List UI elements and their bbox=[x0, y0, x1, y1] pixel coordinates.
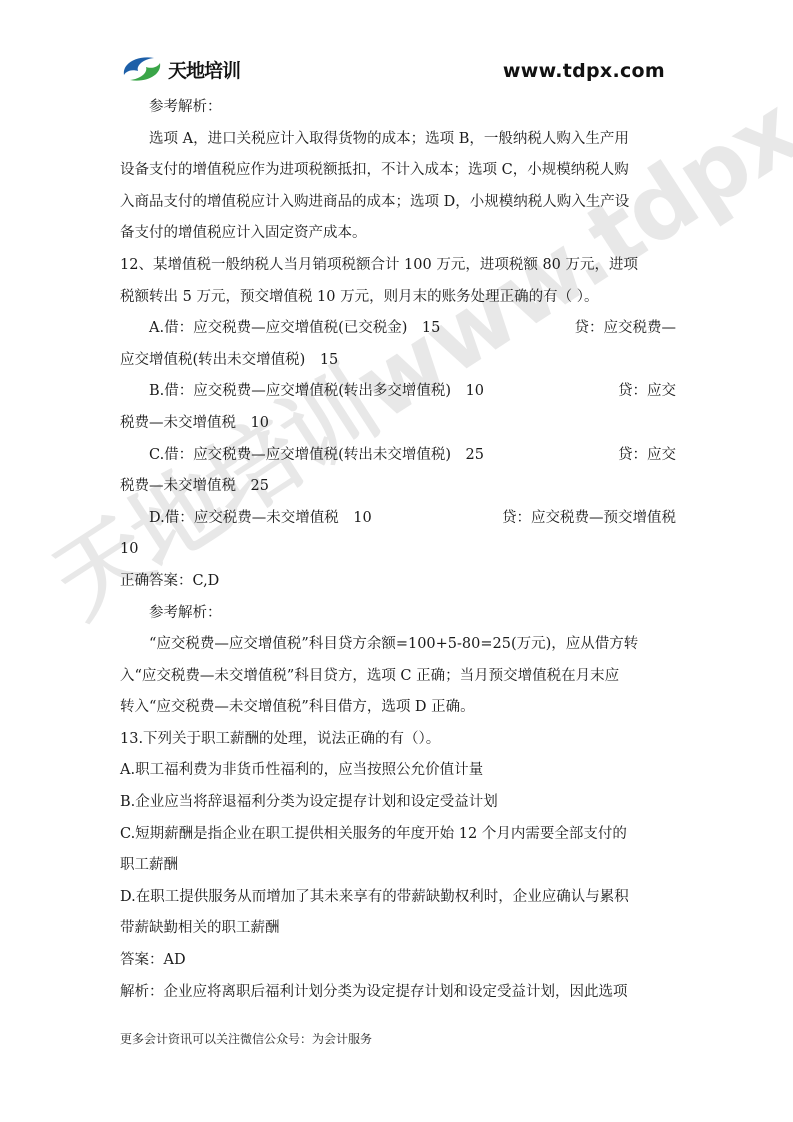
option-credit: 贷：应交税费—预交增值税 bbox=[502, 503, 676, 535]
document-body: 参考解析： 选项 A，进口关税应计入取得货物的成本；选项 B，一般纳税人购入生产… bbox=[120, 92, 676, 1008]
option-credit: 贷：应交 bbox=[618, 440, 676, 472]
site-url: www.tdpx.com bbox=[503, 60, 665, 82]
option-line: B.企业应当将辞退福利分类为设定提存计划和设定受益计划 bbox=[120, 787, 676, 819]
option-credit: 贷：应交 bbox=[618, 376, 676, 408]
option-credit: 贷：应交税费— bbox=[575, 313, 677, 345]
analysis-line: 选项 A，进口关税应计入取得货物的成本；选项 B，一般纳税人购入生产用 bbox=[120, 124, 676, 156]
option-line: 带薪缺勤相关的职工薪酬 bbox=[120, 913, 676, 945]
brand-logo: 天地培训 bbox=[120, 55, 240, 83]
option-d: D.借：应交税费—未交增值税 10 贷：应交税费—预交增值税 bbox=[120, 503, 676, 535]
page-footer: 更多会计资讯可以关注微信公众号：为会计服务 bbox=[120, 1030, 372, 1047]
option-continuation: 税费—未交增值税 10 bbox=[120, 408, 676, 440]
option-a: A.借：应交税费—应交增值税(已交税金) 15 贷：应交税费— bbox=[120, 313, 676, 345]
analysis-line: 解析：企业应将离职后福利计划分类为设定提存计划和设定受益计划，因此选项 bbox=[120, 977, 676, 1009]
analysis-line: 设备支付的增值税应作为进项税额抵扣，不计入成本；选项 C，小规模纳税人购 bbox=[120, 155, 676, 187]
option-debit: B.借：应交税费—应交增值税(转出多交增值税) 10 bbox=[149, 376, 484, 408]
option-line: 职工薪酬 bbox=[120, 850, 676, 882]
analysis-line: 转入“应交税费—未交增值税”科目借方，选项 D 正确。 bbox=[120, 692, 676, 724]
option-debit: C.借：应交税费—应交增值税(转出未交增值税) 25 bbox=[149, 440, 484, 472]
analysis-line: 备支付的增值税应计入固定资产成本。 bbox=[120, 218, 676, 250]
question-stem: 税额转出 5 万元，预交增值税 10 万元，则月末的账务处理正确的有（ ）。 bbox=[120, 282, 676, 314]
option-debit: D.借：应交税费—未交增值税 10 bbox=[149, 503, 372, 535]
option-continuation: 应交增值税(转出未交增值税) 15 bbox=[120, 345, 676, 377]
logo-text: 天地培训 bbox=[168, 56, 240, 83]
question-stem: 13.下列关于职工薪酬的处理，说法正确的有（）。 bbox=[120, 724, 676, 756]
option-line: C.短期薪酬是指企业在职工提供相关服务的年度开始 12 个月内需要全部支付的 bbox=[120, 819, 676, 851]
analysis-line: “应交税费—应交增值税”科目贷方余额=100+5-80=25(万元)，应从借方转 bbox=[120, 629, 676, 661]
analysis-heading: 参考解析： bbox=[120, 92, 676, 124]
option-line: D.在职工提供服务从而增加了其未来享有的带薪缺勤权利时，企业应确认与累积 bbox=[120, 882, 676, 914]
option-line: A.职工福利费为非货币性福利的，应当按照公允价值计量 bbox=[120, 755, 676, 787]
analysis-heading: 参考解析： bbox=[120, 598, 676, 630]
question-stem: 12、某增值税一般纳税人当月销项税额合计 100 万元，进项税额 80 万元，进… bbox=[120, 250, 676, 282]
correct-answer: 正确答案：C,D bbox=[120, 566, 676, 598]
option-b: B.借：应交税费—应交增值税(转出多交增值税) 10 贷：应交 bbox=[120, 376, 676, 408]
answer: 答案：AD bbox=[120, 945, 676, 977]
swoosh-logo-icon bbox=[120, 55, 164, 83]
analysis-line: 入商品支付的增值税应计入购进商品的成本；选项 D，小规模纳税人购入生产设 bbox=[120, 187, 676, 219]
option-c: C.借：应交税费—应交增值税(转出未交增值税) 25 贷：应交 bbox=[120, 440, 676, 472]
analysis-line: 入“应交税费—未交增值税”科目贷方，选项 C 正确；当月预交增值税在月末应 bbox=[120, 661, 676, 693]
option-continuation: 10 bbox=[120, 534, 676, 566]
option-continuation: 税费—未交增值税 25 bbox=[120, 471, 676, 503]
option-debit: A.借：应交税费—应交增值税(已交税金) 15 bbox=[149, 313, 440, 345]
